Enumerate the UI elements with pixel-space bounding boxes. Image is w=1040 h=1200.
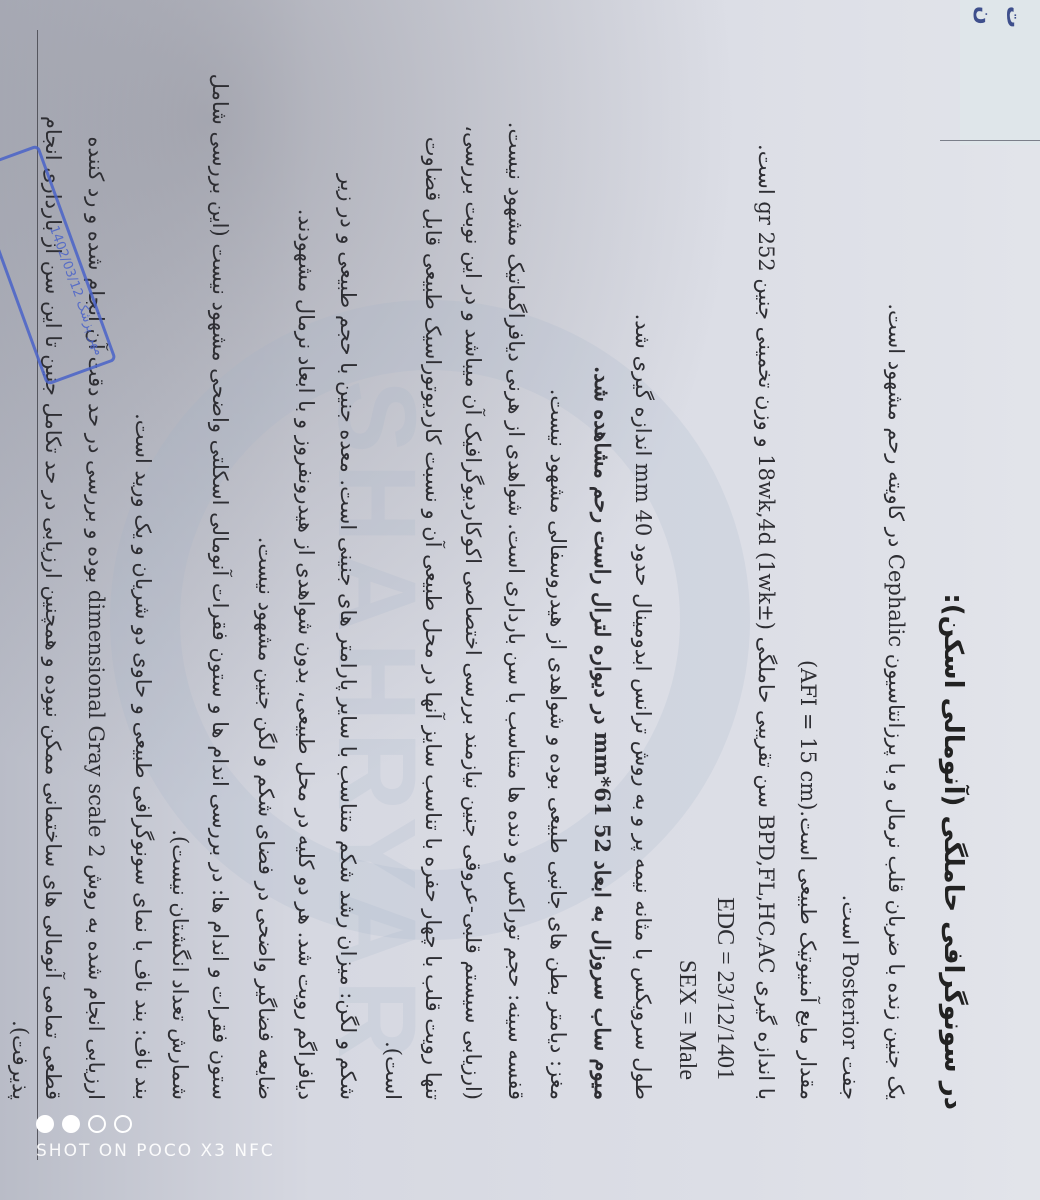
camera-watermark: SHOT ON POCO X3 NFC	[36, 1115, 275, 1161]
report-line-myoma: میوم ساب سروزال به ابعاد 52 mm*61 در دیو…	[590, 366, 615, 1100]
report-line: است).	[381, 1041, 405, 1100]
report-line: شمارش تعداد انگشتان نیست).	[168, 829, 192, 1100]
camera-label: SHOT ON POCO X3 NFC	[36, 1141, 275, 1161]
camera-dot	[88, 1115, 106, 1133]
camera-dot	[114, 1115, 132, 1133]
report-line-brain: مغز: دیامتر بطن های جانبی طبیعی بوده و ش…	[546, 389, 570, 1100]
report-line: مقدار مایع آمنیوتیک طبیعی است.(AFI = 15 …	[796, 660, 820, 1100]
report-line: (ارزیابی سیستم قلبی-عروقی جنین نیازمند ب…	[461, 125, 485, 1100]
report-line: طول سرویکس با مثانه نیمه پر و به روش ترا…	[631, 314, 655, 1100]
report-line: یک جنین زنده با ضربان قلب نرمال و با پرز…	[884, 303, 908, 1100]
report-line-abdomen: شکم و لگن: میزان رشد شکم متناسب با سایر …	[336, 174, 360, 1100]
camera-logo-dots	[36, 1115, 275, 1133]
camera-dot	[62, 1115, 80, 1133]
edge-text-fragment: ت	[1001, 6, 1026, 28]
report-line-umbilical-cord: بند ناف: بند ناف با نمای سونوگرافی طبیعی…	[131, 413, 155, 1100]
ultrasound-report-page: SHAHRYAR در سونوگرافی حاملگی (آنومالی اس…	[0, 0, 1000, 1200]
sex-value: SEX = Male	[673, 960, 700, 1080]
report-line: پذیرفت).	[8, 1020, 32, 1100]
report-title: در سونوگرافی حاملگی (آنومالی اسکن):	[938, 593, 968, 1110]
report-line: ضایعه فضاگیر واضحی در فضای شکم و لگن جنی…	[254, 537, 278, 1100]
report-line: تنها رویت قلب با چهار حفره با تناسب سایز…	[421, 137, 445, 1100]
report-line: جفت Posterior است.	[838, 895, 862, 1100]
edc-value: EDC = 23/12/1401	[711, 897, 738, 1080]
report-line-chest: قفسه سینه: حجم توراکس و دنده ها متناسب ب…	[504, 122, 528, 1100]
report-line: دیافراگم رویت شد. هر دو کلیه در محل طبیع…	[294, 209, 318, 1100]
camera-dot	[36, 1115, 54, 1133]
report-line-spine: ستون فقرات و اندام ها: در بررسی اندام ها…	[208, 74, 232, 1100]
report-line: با اندازه گیری BPD,FL,HC,AC سن تقریبی حا…	[754, 144, 778, 1100]
